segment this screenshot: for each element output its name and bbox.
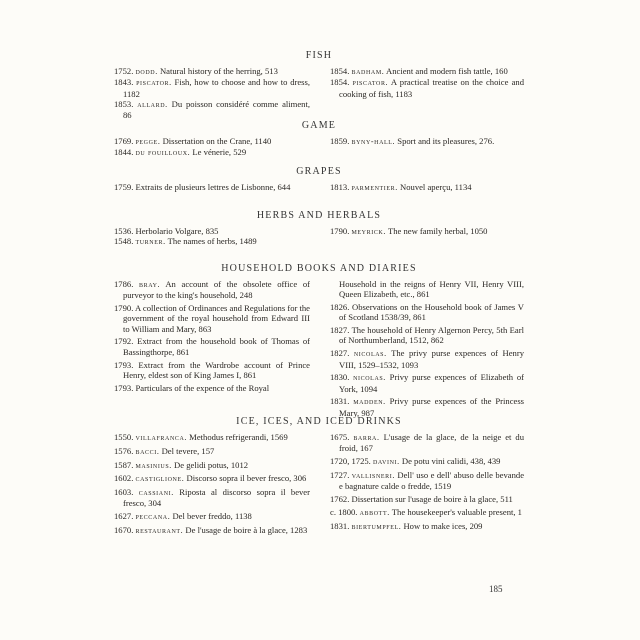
entry-title: Sport and its pleasures, 276. bbox=[395, 136, 494, 146]
entry-year: 1844. bbox=[114, 147, 135, 157]
entry-author: davini. bbox=[373, 457, 400, 466]
right-column: 1859. byny-hall. Sport and its pleasures… bbox=[330, 136, 524, 159]
bibliography-entry: 1727. vallisneri. Dell' uso e dell' abus… bbox=[330, 470, 524, 492]
entry-title: A collection of Ordinances and Regulatio… bbox=[123, 303, 310, 334]
entry-author: allard. bbox=[137, 100, 168, 109]
entry-year: 1854. bbox=[330, 77, 353, 87]
entry-year: 1548. bbox=[114, 236, 135, 246]
section-heading: FISH bbox=[114, 50, 524, 62]
entry-author: barra. bbox=[353, 433, 379, 442]
entry-year: 1854. bbox=[330, 66, 351, 76]
entry-author: castiglione. bbox=[135, 474, 184, 483]
entry-author: bacci. bbox=[135, 447, 159, 456]
bibliography-entry: 1859. byny-hall. Sport and its pleasures… bbox=[330, 136, 524, 147]
entry-author: madden. bbox=[353, 397, 386, 406]
entry-year: 1843. bbox=[114, 77, 136, 87]
bibliography-entry: 1843. piscator. Fish, how to choose and … bbox=[114, 77, 310, 99]
bibliography-entry: 1550. villafranca. Methodus refrigerandi… bbox=[114, 432, 310, 443]
bibliography-entry: 1576. bacci. Del tevere, 157 bbox=[114, 446, 310, 457]
entry-author: piscator. bbox=[136, 78, 172, 87]
section-heading: ICE, ICES, AND ICED DRINKS bbox=[114, 416, 524, 428]
entry-year: 1793. bbox=[114, 383, 135, 393]
entry-year: 1670. bbox=[114, 525, 135, 535]
bibliography-entry: 1603. cassiani. Riposta al discorso sopr… bbox=[114, 487, 310, 509]
section-fish: FISH1752. dodd. Natural history of the h… bbox=[114, 50, 524, 120]
entry-title: Household in the reigns of Henry VII, He… bbox=[339, 279, 524, 299]
bibliography-entry: 1675. barra. L'usage de la glace, de la … bbox=[330, 432, 524, 454]
bibliography-entry: Household in the reigns of Henry VII, He… bbox=[330, 279, 524, 300]
entry-title: The new family herbal, 1050 bbox=[386, 226, 488, 236]
entry-year: 1627. bbox=[114, 511, 135, 521]
entry-year: c. 1800. bbox=[330, 507, 360, 517]
section-heading: GRAPES bbox=[114, 166, 524, 178]
entry-author: peccana. bbox=[135, 512, 170, 521]
book-page: FISH1752. dodd. Natural history of the h… bbox=[0, 0, 640, 640]
entry-title: Herbolario Volgare, 835 bbox=[135, 226, 218, 236]
entry-author: villafranca. bbox=[135, 433, 187, 442]
bibliography-entry: 1536. Herbolario Volgare, 835 bbox=[114, 226, 310, 236]
entry-title: Observations on the Household book of Ja… bbox=[339, 302, 524, 322]
entry-year: 1759. bbox=[114, 182, 135, 192]
entry-year: 1727. bbox=[330, 470, 352, 480]
bibliography-entry: 1830. nicolas. Privy purse expences of E… bbox=[330, 372, 524, 394]
right-column: 1854. badham. Ancient and modern fish ta… bbox=[330, 66, 524, 120]
bibliography-entry: 1831. biertumpfel. How to make ices, 209 bbox=[330, 521, 524, 532]
bibliography-entry: 1548. turner. The names of herbs, 1489 bbox=[114, 236, 310, 247]
section-grapes: GRAPES1759. Extraits de plusieurs lettre… bbox=[114, 166, 524, 193]
entry-author: bray. bbox=[139, 280, 160, 289]
entry-year: 1602. bbox=[114, 473, 135, 483]
entry-year: 1675. bbox=[330, 432, 353, 442]
entry-year: 1550. bbox=[114, 432, 135, 442]
entry-author: turner. bbox=[135, 237, 165, 246]
section-heading: HERBS AND HERBALS bbox=[114, 210, 524, 222]
entry-title: Le vénerie, 529 bbox=[190, 147, 246, 157]
bibliography-entry: 1762. Dissertation sur l'usage de boire … bbox=[330, 494, 524, 504]
entry-title: Methodus refrigerandi, 1569 bbox=[187, 432, 288, 442]
entry-year: 1576. bbox=[114, 446, 135, 456]
entry-title: Extract from the Wardrobe account of Pri… bbox=[123, 360, 310, 380]
entry-author: nicolas. bbox=[354, 349, 387, 358]
right-column: 1790. meyrick. The new family herbal, 10… bbox=[330, 226, 524, 248]
section-game: GAME1769. pegge. Dissertation on the Cra… bbox=[114, 120, 524, 159]
entry-year: 1831. bbox=[330, 521, 351, 531]
entry-year: 1587. bbox=[114, 460, 135, 470]
bibliography-entry: 1854. badham. Ancient and modern fish ta… bbox=[330, 66, 524, 77]
entry-year: 1827. bbox=[330, 325, 352, 335]
bibliography-entry: 1790. A collection of Ordinances and Reg… bbox=[114, 303, 310, 334]
left-column: 1759. Extraits de plusieurs lettres de L… bbox=[114, 182, 310, 193]
bibliography-entry: 1831. madden. Privy purse expences of th… bbox=[330, 396, 524, 418]
entry-author: meyrick. bbox=[351, 227, 385, 236]
entry-year: 1831. bbox=[330, 396, 353, 406]
entry-author: nicolas. bbox=[353, 373, 386, 382]
entry-year: 1790. bbox=[114, 303, 135, 313]
entry-year: 1603. bbox=[114, 487, 139, 497]
entry-title: The housekeeper's valuable present, 1 bbox=[390, 507, 522, 517]
entry-title: Particulars of the expence of the Royal bbox=[135, 383, 269, 393]
right-column: 1675. barra. L'usage de la glace, de la … bbox=[330, 432, 524, 539]
entry-title: Extract from the household book of Thoma… bbox=[123, 336, 310, 356]
entry-title: Natural history of the herring, 513 bbox=[158, 66, 278, 76]
left-column: 1752. dodd. Natural history of the herri… bbox=[114, 66, 310, 120]
entry-author: pegge. bbox=[135, 137, 160, 146]
bibliography-entry: 1627. peccana. Del bever freddo, 1138 bbox=[114, 511, 310, 522]
bibliography-entry: 1759. Extraits de plusieurs lettres de L… bbox=[114, 182, 310, 192]
entry-title: De potu vini calidi, 438, 439 bbox=[400, 456, 501, 466]
entry-title: De l'usage de boire à la glace, 1283 bbox=[183, 525, 307, 535]
entry-author: badham. bbox=[351, 67, 384, 76]
entry-title: Extraits de plusieurs lettres de Lisbonn… bbox=[135, 182, 290, 192]
bibliography-entry: 1587. masinius. De gelidi potus, 1012 bbox=[114, 460, 310, 471]
bibliography-entry: 1844. du fouilloux. Le vénerie, 529 bbox=[114, 147, 310, 158]
entry-author: biertumpfel. bbox=[351, 522, 401, 531]
section-herbs-and-herbals: HERBS AND HERBALS1536. Herbolario Volgar… bbox=[114, 210, 524, 248]
entry-title: Dissertation on the Crane, 1140 bbox=[160, 136, 271, 146]
entry-year: 1826. bbox=[330, 302, 352, 312]
entry-year: 1813. bbox=[330, 182, 351, 192]
entry-title: Discorso sopra il bever fresco, 306 bbox=[184, 473, 306, 483]
bibliography-entry: 1793. Particulars of the expence of the … bbox=[114, 383, 310, 393]
bibliography-entry: 1720, 1725. davini. De potu vini calidi,… bbox=[330, 456, 524, 467]
entry-title: Del tevere, 157 bbox=[159, 446, 214, 456]
entry-year: 1786. bbox=[114, 279, 139, 289]
entry-year: 1536. bbox=[114, 226, 135, 236]
entry-year: 1830. bbox=[330, 372, 353, 382]
right-column: Household in the reigns of Henry VII, He… bbox=[330, 279, 524, 421]
entry-year: 1827. bbox=[330, 348, 354, 358]
bibliography-entry: 1790. meyrick. The new family herbal, 10… bbox=[330, 226, 524, 237]
entry-title: Del bever freddo, 1138 bbox=[170, 511, 252, 521]
entry-title: Nouvel aperçu, 1134 bbox=[398, 182, 472, 192]
entry-author: restaurant. bbox=[135, 526, 183, 535]
section-heading: HOUSEHOLD BOOKS AND DIARIES bbox=[114, 263, 524, 275]
entry-author: cassiani. bbox=[139, 488, 174, 497]
entry-title: The names of herbs, 1489 bbox=[166, 236, 257, 246]
bibliography-entry: 1769. pegge. Dissertation on the Crane, … bbox=[114, 136, 310, 147]
entry-author: dodd. bbox=[135, 67, 157, 76]
left-column: 1786. bray. An account of the obsolete o… bbox=[114, 279, 310, 421]
bibliography-entry: 1786. bray. An account of the obsolete o… bbox=[114, 279, 310, 301]
section-heading: GAME bbox=[114, 120, 524, 132]
entry-title: Ancient and modern fish tattle, 160 bbox=[384, 66, 507, 76]
entry-year: 1859. bbox=[330, 136, 351, 146]
entry-year: 1790. bbox=[330, 226, 351, 236]
left-column: 1536. Herbolario Volgare, 8351548. turne… bbox=[114, 226, 310, 248]
entry-author: piscator. bbox=[353, 78, 389, 87]
entry-author: parmentier. bbox=[351, 183, 397, 192]
bibliography-entry: 1853. allard. Du poisson considéré comme… bbox=[114, 99, 310, 121]
entry-author: masinius. bbox=[135, 461, 171, 470]
left-column: 1769. pegge. Dissertation on the Crane, … bbox=[114, 136, 310, 159]
entry-year: 1793. bbox=[114, 360, 138, 370]
entry-author: byny-hall. bbox=[351, 137, 395, 146]
entry-title: The household of Henry Algernon Percy, 5… bbox=[339, 325, 524, 345]
bibliography-entry: 1813. parmentier. Nouvel aperçu, 1134 bbox=[330, 182, 524, 193]
bibliography-entry: 1826. Observations on the Household book… bbox=[330, 302, 524, 323]
right-column: 1813. parmentier. Nouvel aperçu, 1134 bbox=[330, 182, 524, 193]
bibliography-entry: 1793. Extract from the Wardrobe account … bbox=[114, 360, 310, 381]
entry-year: 1769. bbox=[114, 136, 135, 146]
entry-title: Dissertation sur l'usage de boire à la g… bbox=[351, 494, 512, 504]
bibliography-entry: 1854. piscator. A practical treatise on … bbox=[330, 77, 524, 99]
entry-year: 1853. bbox=[114, 99, 137, 109]
left-column: 1550. villafranca. Methodus refrigerandi… bbox=[114, 432, 310, 539]
bibliography-entry: 1827. The household of Henry Algernon Pe… bbox=[330, 325, 524, 346]
bibliography-entry: 1752. dodd. Natural history of the herri… bbox=[114, 66, 310, 77]
bibliography-entry: 1670. restaurant. De l'usage de boire à … bbox=[114, 525, 310, 536]
entry-author: du fouilloux. bbox=[135, 148, 190, 157]
entry-year: 1720, 1725. bbox=[330, 456, 373, 466]
entry-author: abbott. bbox=[360, 508, 390, 517]
entry-year: 1752. bbox=[114, 66, 135, 76]
page-number: 185 bbox=[489, 584, 503, 594]
bibliography-entry: 1602. castiglione. Discorso sopra il bev… bbox=[114, 473, 310, 484]
section-household-books: HOUSEHOLD BOOKS AND DIARIES1786. bray. A… bbox=[114, 263, 524, 421]
entry-year: 1762. bbox=[330, 494, 351, 504]
entry-author: vallisneri. bbox=[352, 471, 395, 480]
entry-title: How to make ices, 209 bbox=[401, 521, 482, 531]
bibliography-entry: 1792. Extract from the household book of… bbox=[114, 336, 310, 357]
entry-year: 1792. bbox=[114, 336, 137, 346]
entry-title: De gelidi potus, 1012 bbox=[172, 460, 248, 470]
bibliography-entry: 1827. nicolas. The privy purse expences … bbox=[330, 348, 524, 370]
section-ice-and-iced-drinks: ICE, ICES, AND ICED DRINKS1550. villafra… bbox=[114, 416, 524, 539]
bibliography-entry: c. 1800. abbott. The housekeeper's valua… bbox=[330, 507, 524, 518]
